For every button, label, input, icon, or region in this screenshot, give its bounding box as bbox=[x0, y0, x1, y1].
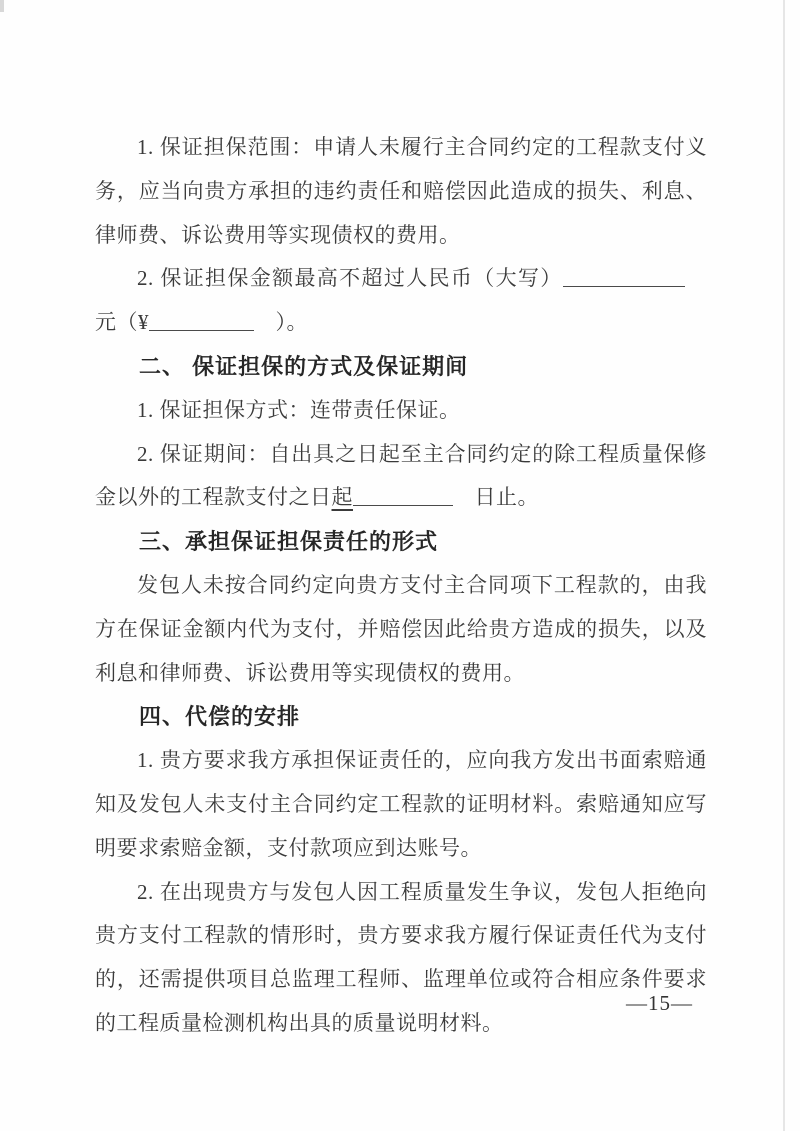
section-4-heading: 四、代偿的安排 bbox=[95, 695, 707, 739]
underlined-text: 起 bbox=[332, 485, 354, 509]
clause-guarantee-mode: 1. 保证担保方式：连带责任保证。 bbox=[95, 389, 707, 433]
scan-artifact-speck bbox=[0, 0, 4, 12]
fill-in-blank bbox=[149, 311, 254, 331]
clause-1-guarantee-scope: 1. 保证担保范围：申请人未履行主合同约定的工程款支付义务，应当向贵方承担的违约… bbox=[95, 126, 707, 257]
section-2-heading: 二、 保证担保的方式及保证期间 bbox=[95, 345, 707, 389]
document-page: 1. 保证担保范围：申请人未履行主合同约定的工程款支付义务，应当向贵方承担的违约… bbox=[0, 0, 800, 1131]
section-3-body: 发包人未按合同约定向贵方支付主合同项下工程款的，由我方在保证金额内代为支付，并赔… bbox=[95, 564, 707, 695]
document-body: 1. 保证担保范围：申请人未履行主合同约定的工程款支付义务，应当向贵方承担的违约… bbox=[95, 126, 707, 1046]
section-4-clause-2: 2. 在出现贵方与发包人因工程质量发生争议，发包人拒绝向贵方支付工程款的情形时，… bbox=[95, 871, 707, 1046]
fill-in-blank bbox=[563, 267, 685, 287]
section-3-heading: 三、承担保证担保责任的形式 bbox=[95, 520, 707, 564]
clause-2-guarantee-amount: 2. 保证担保金额最高不超过人民币（大写） 元（¥ ）。 bbox=[95, 257, 707, 345]
page-number: —15— bbox=[626, 991, 693, 1016]
scan-artifact-edge-line bbox=[783, 0, 785, 1131]
fill-in-blank bbox=[353, 486, 453, 506]
clause-guarantee-period: 2. 保证期间：自出具之日起至主合同约定的除工程质量保修金以外的工程款支付之日起… bbox=[95, 433, 707, 521]
section-4-clause-1: 1. 贵方要求我方承担保证责任的，应向我方发出书面索赔通知及发包人未支付主合同约… bbox=[95, 739, 707, 870]
